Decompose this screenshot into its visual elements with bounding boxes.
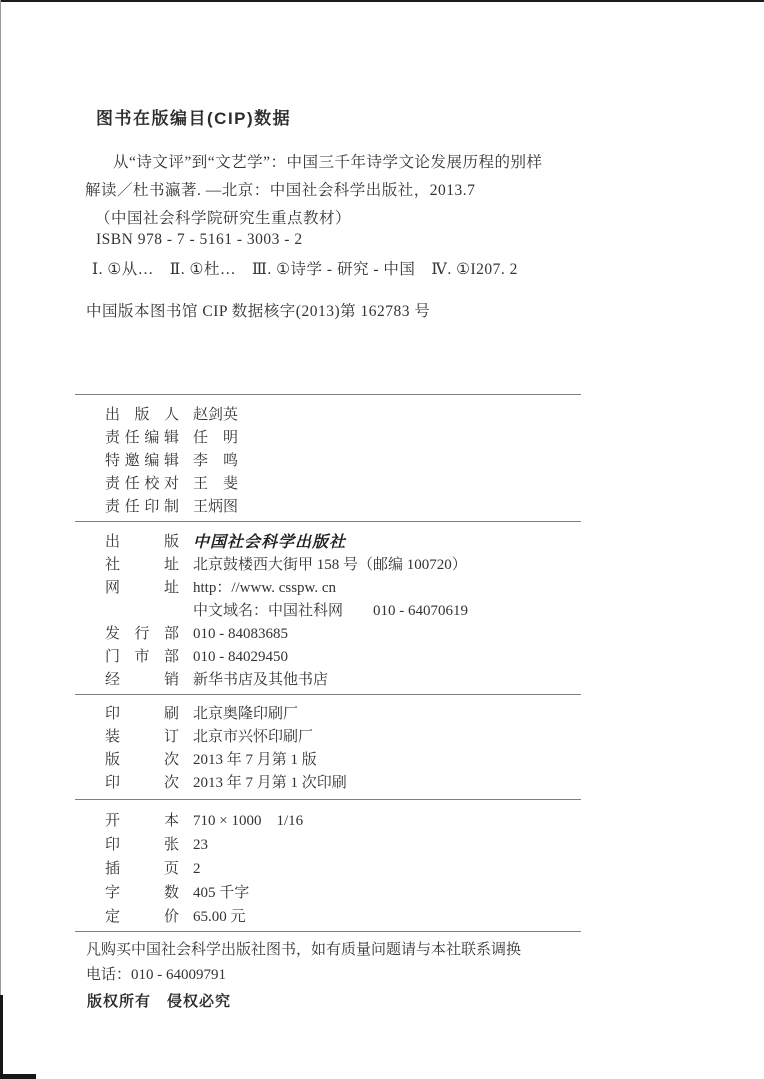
quality-notice: 凡购买中国社会科学出版社图书，如有质量问题请与本社联系调换 [86, 938, 521, 959]
printing-section: 印刷北京奥隆印刷厂 装订北京市兴怀印刷厂 版次2013 年 7 月第 1 版 印… [105, 703, 605, 795]
scan-edge-top [0, 0, 764, 2]
divider-rule-4 [75, 799, 581, 800]
colophon-label: 发行部 [105, 623, 179, 646]
book-copyright-page: 图书在版编目(CIP)数据 从“诗文评”到“文艺学”：中国三千年诗学文论发展历程… [0, 0, 764, 1079]
cip-description-line2: 解读／杜书瀛著. —北京：中国社会科学出版社，2013.7 [85, 178, 475, 200]
colophon-row: 插页2 [105, 857, 605, 881]
colophon-label: 特邀编辑 [105, 450, 179, 473]
colophon-value: 65.00 元 [193, 909, 246, 925]
cip-classification-line: Ⅰ. ①从… Ⅱ. ①杜… Ⅲ. ①诗学 - 研究 - 中国 Ⅳ. ①I207.… [92, 257, 518, 279]
format-section: 开本710 × 1000 1/16 印张23 插页2 字数405 千字 定价65… [105, 809, 605, 929]
colophon-value: 010 - 84029450 [193, 649, 288, 665]
scan-edge-left-dark [0, 995, 3, 1079]
colophon-row: 印张23 [105, 833, 605, 857]
publisher-logo-script: 中国社会科学出版社 [193, 534, 346, 551]
isbn-line: ISBN 978 - 7 - 5161 - 3003 - 2 [96, 231, 303, 249]
colophon-row: 印次2013 年 7 月第 1 次印刷 [105, 772, 605, 795]
colophon-row: 责任印制王炳图 [105, 496, 605, 519]
colophon-value: 2 [193, 861, 201, 877]
colophon-value: 710 × 1000 1/16 [193, 813, 303, 829]
colophon-value: 23 [193, 837, 208, 853]
colophon-row: 中文域名：中国社科网 010 - 64070619 [105, 600, 605, 623]
colophon-value: 北京市兴怀印刷厂 [193, 729, 313, 745]
colophon-row: 装订北京市兴怀印刷厂 [105, 726, 605, 749]
publisher-section: 出版中国社会科学出版社 社址北京鼓楼西大街甲 158 号（邮编 100720） … [105, 531, 605, 692]
divider-rule-2 [75, 521, 581, 522]
colophon-value: 2013 年 7 月第 1 版 [193, 752, 317, 768]
colophon-label: 版次 [105, 749, 179, 772]
colophon-row: 责任编辑任 明 [105, 427, 605, 450]
colophon-label: 开本 [105, 809, 179, 833]
colophon-value: 李 鸣 [193, 453, 238, 469]
colophon-row: 经销新华书店及其他书店 [105, 669, 605, 692]
copyright-statement: 版权所有 侵权必究 [87, 990, 231, 1011]
colophon-label: 字数 [105, 881, 179, 905]
colophon-row: 特邀编辑李 鸣 [105, 450, 605, 473]
colophon-label: 责任印制 [105, 496, 179, 519]
cip-title: 图书在版编目(CIP)数据 [96, 104, 291, 129]
colophon-value: 王 斐 [193, 476, 238, 492]
colophon-value: 2013 年 7 月第 1 次印刷 [193, 775, 347, 791]
colophon-label: 责任编辑 [105, 427, 179, 450]
colophon-label: 责任校对 [105, 473, 179, 496]
colophon-row: 责任校对王 斐 [105, 473, 605, 496]
colophon-row: 网址http：//www. csspw. cn [105, 577, 605, 600]
colophon-label: 印刷 [105, 703, 179, 726]
divider-rule-1 [75, 394, 581, 395]
colophon-value: 新华书店及其他书店 [193, 672, 328, 688]
colophon-row: 印刷北京奥隆印刷厂 [105, 703, 605, 726]
colophon-row: 版次2013 年 7 月第 1 版 [105, 749, 605, 772]
colophon-row: 出版人赵剑英 [105, 404, 605, 427]
cip-series-note: （中国社会科学院研究生重点教材） [95, 206, 351, 228]
colophon-row: 发行部010 - 84083685 [105, 623, 605, 646]
colophon-label: 网址 [105, 577, 179, 600]
colophon-row: 门市部010 - 84029450 [105, 646, 605, 669]
colophon-label: 出版 [105, 531, 179, 554]
colophon-value: 王炳图 [193, 499, 238, 515]
colophon-value: 北京奥隆印刷厂 [193, 706, 298, 722]
colophon-label: 门市部 [105, 646, 179, 669]
colophon-row: 定价65.00 元 [105, 905, 605, 929]
cip-record-number-line: 中国版本图书馆 CIP 数据核字(2013)第 162783 号 [86, 299, 430, 321]
colophon-value: 北京鼓楼西大街甲 158 号（邮编 100720） [193, 557, 467, 573]
colophon-label: 社址 [105, 554, 179, 577]
scan-edge-left [0, 0, 1, 1079]
colophon-label: 印次 [105, 772, 179, 795]
colophon-row: 开本710 × 1000 1/16 [105, 809, 605, 833]
divider-rule-3 [75, 694, 581, 695]
colophon-label: 插页 [105, 857, 179, 881]
colophon-label: 经销 [105, 669, 179, 692]
colophon-value: http：//www. csspw. cn [193, 580, 336, 596]
colophon-label: 印张 [105, 833, 179, 857]
colophon-value: 任 明 [193, 430, 238, 446]
colophon-value: 010 - 84083685 [193, 626, 288, 642]
colophon-label: 出版人 [105, 404, 179, 427]
colophon-row: 社址北京鼓楼西大街甲 158 号（邮编 100720） [105, 554, 605, 577]
contact-phone: 电话：010 - 64009791 [86, 963, 226, 984]
cip-description-line1: 从“诗文评”到“文艺学”：中国三千年诗学文论发展历程的别样 [113, 150, 543, 172]
scan-edge-corner [0, 1074, 36, 1079]
colophon-label: 定价 [105, 905, 179, 929]
colophon-value: 中文域名：中国社科网 010 - 64070619 [193, 603, 468, 619]
colophon-value: 赵剑英 [193, 407, 238, 423]
colophon-label: 装订 [105, 726, 179, 749]
colophon-value: 405 千字 [193, 885, 249, 901]
staff-section: 出版人赵剑英 责任编辑任 明 特邀编辑李 鸣 责任校对王 斐 责任印制王炳图 [105, 404, 605, 519]
colophon-row: 出版中国社会科学出版社 [105, 531, 605, 554]
colophon-row: 字数405 千字 [105, 881, 605, 905]
divider-rule-5 [75, 931, 581, 932]
